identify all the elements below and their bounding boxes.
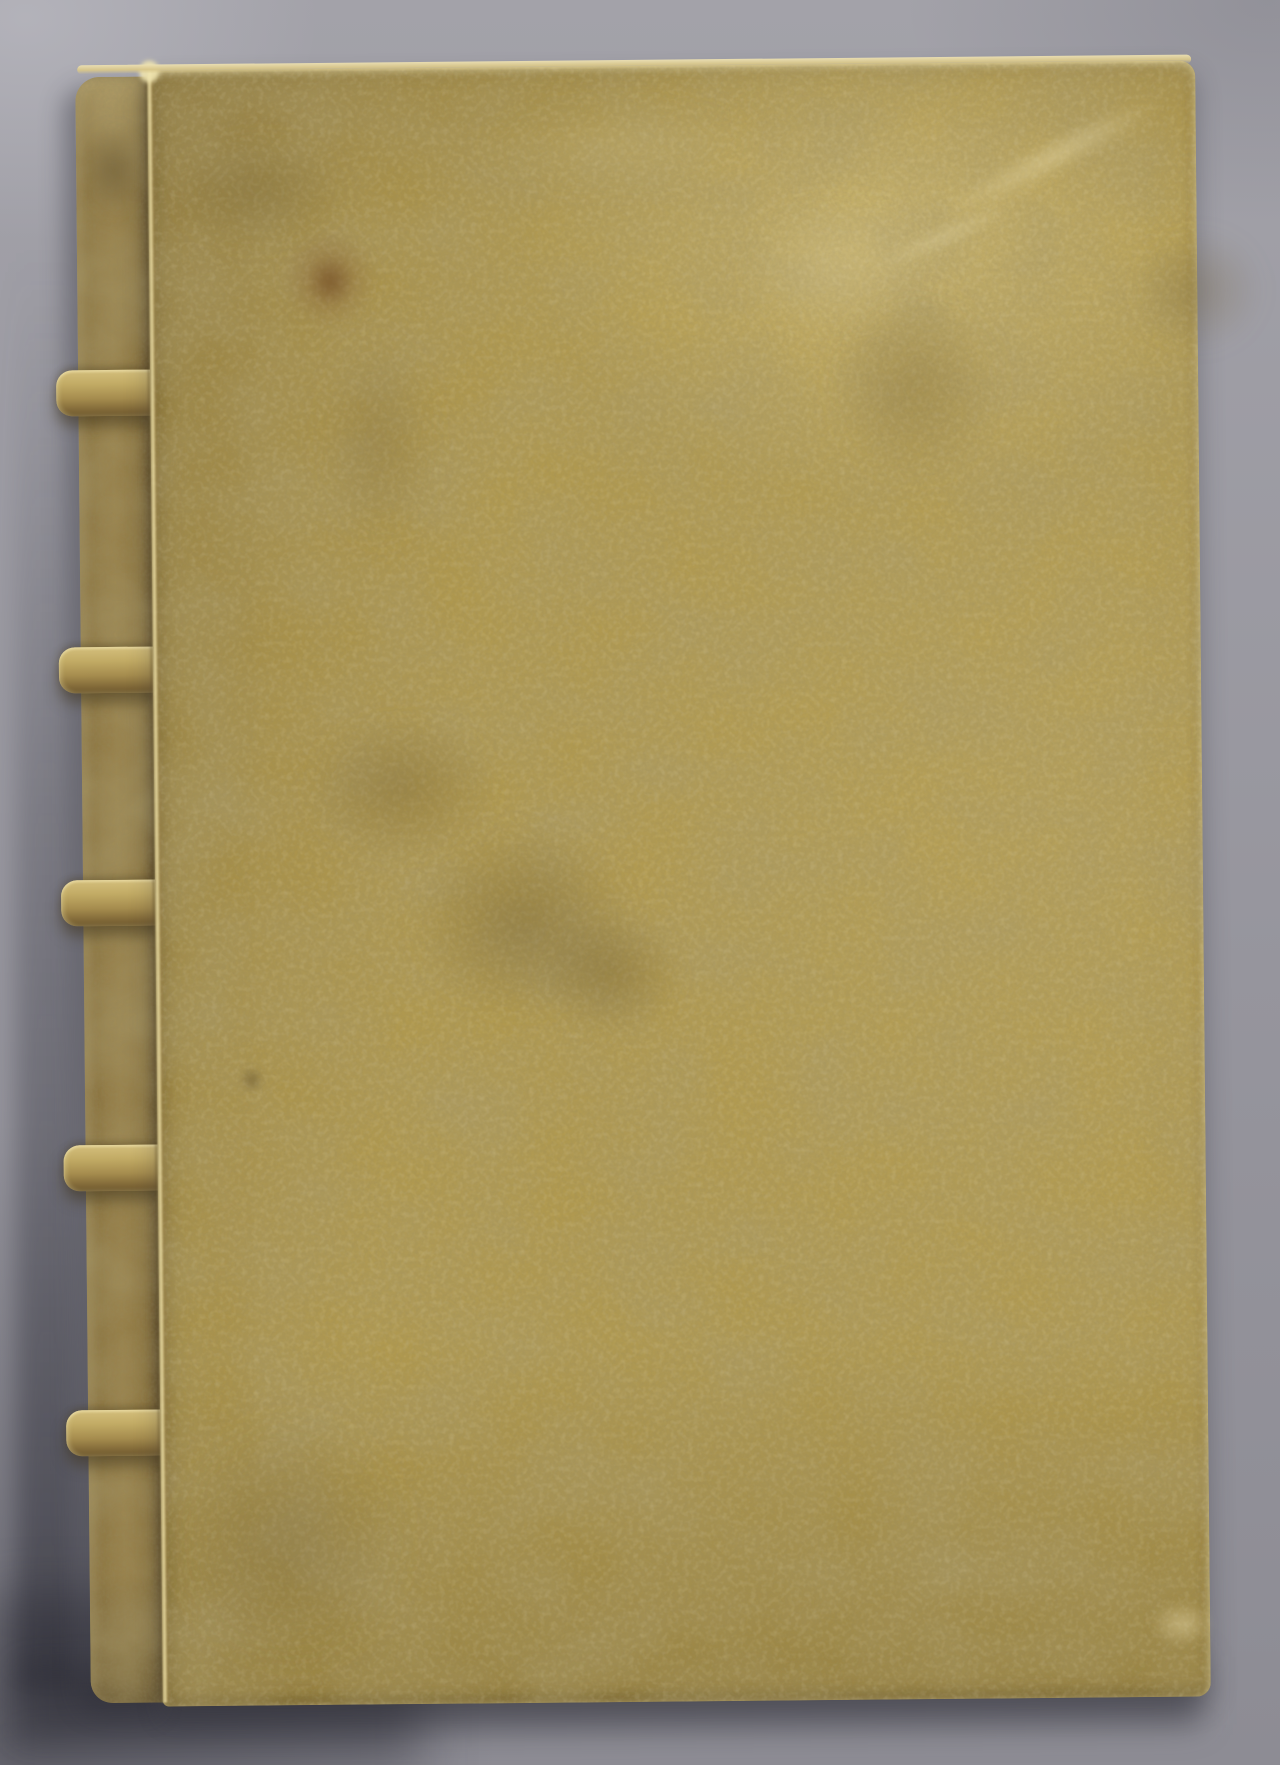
photo-stage: [0, 0, 1280, 1765]
book: [47, 53, 1213, 1714]
book-front-cover: [147, 61, 1211, 1707]
cover-leather-texture: [147, 61, 1211, 1707]
